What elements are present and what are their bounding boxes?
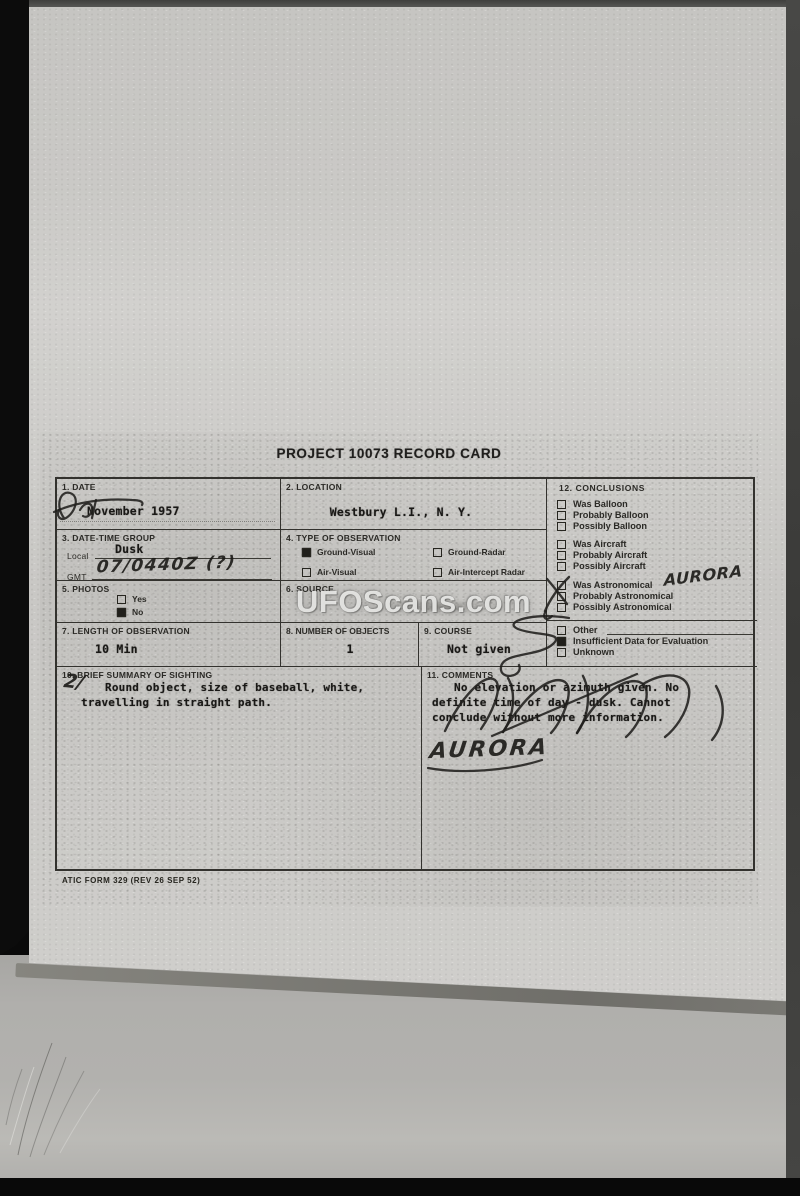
objects-value: 1 xyxy=(281,642,419,656)
conclusion-row: Probably Astronomical xyxy=(557,591,753,601)
form-footer: ATIC FORM 329 (REV 26 SEP 52) xyxy=(62,876,200,885)
watermark: UFOScans.com xyxy=(296,584,531,620)
conclusion-label: Possibly Balloon xyxy=(573,521,647,531)
course-value: Not given xyxy=(419,642,539,656)
conclusion-label: Possibly Aircraft xyxy=(573,561,646,571)
summary-handwritten-mark: 2/ xyxy=(62,670,86,694)
option-label: Ground-Visual xyxy=(317,547,375,557)
comments-label: 11. COMMENTS xyxy=(427,670,493,680)
scan-edge-bottom xyxy=(0,1178,800,1196)
location-cell: 2. LOCATION Westbury L.I., N. Y. xyxy=(281,479,547,530)
comments-line: definite time of day - dusk. Cannot xyxy=(432,696,671,709)
conclusion-label: Was Astronomical xyxy=(573,580,652,590)
checkbox-icon xyxy=(557,540,566,549)
date-time-group-cell: 3. DATE-TIME GROUP Local Dusk GMT 07/044… xyxy=(57,530,281,581)
conclusion-label: Was Aircraft xyxy=(573,539,626,549)
conclusions-divider xyxy=(547,620,757,621)
gmt-blank-line xyxy=(92,579,272,580)
length-of-observation-cell: 7. LENGTH OF OBSERVATION 10 Min xyxy=(57,623,281,667)
conclusion-row: Probably Aircraft xyxy=(557,550,753,560)
comments-handwritten-aurora: AURORA xyxy=(428,735,550,764)
card-title: PROJECT 10073 RECORD CARD xyxy=(55,446,723,461)
scan-edge-top xyxy=(0,0,800,7)
checkbox-icon xyxy=(557,562,566,571)
checkbox-icon xyxy=(302,548,311,557)
option-label: Air-Visual xyxy=(317,567,357,577)
photos-option: Yes xyxy=(117,594,147,604)
date-cell: 1. DATE November 1957 xyxy=(57,479,281,530)
comments-cell: 11. COMMENTS No elevation or azimuth giv… xyxy=(422,667,755,869)
observation-option: Air-Intercept Radar xyxy=(433,567,525,577)
photos-cell: 5. PHOTOS Yes No xyxy=(57,581,281,623)
brief-summary-cell: 10. BRIEF SUMMARY OF SIGHTING 2/ Round o… xyxy=(57,667,422,869)
observation-label: 4. TYPE OF OBSERVATION xyxy=(286,533,401,543)
observation-option: Ground-Visual xyxy=(302,547,375,557)
location-value: Westbury L.I., N. Y. xyxy=(281,505,521,519)
gmt-handwritten-value: 07/0440Z (?) xyxy=(96,553,238,578)
scan-edge-right xyxy=(786,0,800,1180)
comments-line: No elevation or azimuth given. No xyxy=(454,681,679,694)
photos-option: No xyxy=(117,607,143,617)
comments-line: conclude without more information. xyxy=(432,711,664,724)
date-blank-line xyxy=(60,521,275,522)
local-label: Local xyxy=(67,551,89,561)
conclusion-label: Insufficient Data for Evaluation xyxy=(573,636,708,646)
other-blank-line xyxy=(607,626,753,635)
length-value: 10 Min xyxy=(95,642,138,656)
course-cell: 9. COURSE Not given xyxy=(419,623,547,667)
date-label: 1. DATE xyxy=(62,482,96,492)
conclusion-label: Probably Astronomical xyxy=(573,591,673,601)
conclusion-row: Other xyxy=(557,625,753,635)
conclusion-row: Possibly Balloon xyxy=(557,521,753,531)
checkbox-icon xyxy=(557,581,566,590)
scan-edge-left xyxy=(0,0,29,958)
location-label: 2. LOCATION xyxy=(286,482,342,492)
conclusion-row: Was Balloon xyxy=(557,499,753,509)
conclusion-row: Unknown xyxy=(557,647,753,657)
number-of-objects-cell: 8. NUMBER OF OBJECTS 1 xyxy=(281,623,419,667)
conclusion-label: Probably Balloon xyxy=(573,510,649,520)
conclusion-row: Probably Balloon xyxy=(557,510,753,520)
course-label: 9. COURSE xyxy=(424,626,472,636)
checkbox-icon xyxy=(557,626,566,635)
type-of-observation-cell: 4. TYPE OF OBSERVATION Ground-Visual Gro… xyxy=(281,530,547,581)
option-label: No xyxy=(132,607,143,617)
checkbox-icon xyxy=(557,500,566,509)
checkbox-icon xyxy=(433,548,442,557)
photos-label: 5. PHOTOS xyxy=(62,584,109,594)
length-label: 7. LENGTH OF OBSERVATION xyxy=(62,626,190,636)
conclusion-label: Possibly Astronomical xyxy=(573,602,672,612)
summary-line: travelling in straight path. xyxy=(81,696,272,709)
checkbox-icon xyxy=(117,595,126,604)
observation-option: Air-Visual xyxy=(302,567,357,577)
summary-line: Round object, size of baseball, white, xyxy=(105,681,364,694)
checkbox-icon xyxy=(557,592,566,601)
checkbox-icon xyxy=(302,568,311,577)
conclusion-row: Possibly Astronomical xyxy=(557,602,753,612)
checkbox-icon xyxy=(557,522,566,531)
checkbox-icon xyxy=(557,637,566,646)
checkbox-icon xyxy=(557,551,566,560)
date-value: November 1957 xyxy=(87,504,180,518)
conclusions-label: 12. CONCLUSIONS xyxy=(559,483,645,493)
observation-option: Ground-Radar xyxy=(433,547,506,557)
checkbox-icon xyxy=(557,603,566,612)
checkbox-icon xyxy=(117,608,126,617)
conclusion-label: Unknown xyxy=(573,647,614,657)
option-label: Ground-Radar xyxy=(448,547,506,557)
checkbox-icon xyxy=(557,511,566,520)
local-value: Dusk xyxy=(115,542,144,556)
objects-label: 8. NUMBER OF OBJECTS xyxy=(286,626,389,636)
checkbox-icon xyxy=(557,648,566,657)
conclusion-row: Insufficient Data for Evaluation xyxy=(557,636,753,646)
conclusion-label: Was Balloon xyxy=(573,499,628,509)
conclusion-label: Probably Aircraft xyxy=(573,550,647,560)
record-card: 1. DATE November 1957 2. LOCATION Westbu… xyxy=(55,477,755,871)
conclusion-label: Other xyxy=(573,625,598,635)
option-label: Air-Intercept Radar xyxy=(448,567,525,577)
scanned-document-screen: PROJECT 10073 RECORD CARD 1. DATE Novemb… xyxy=(0,0,800,1196)
conclusion-row: Was Aircraft xyxy=(557,539,753,549)
option-label: Yes xyxy=(132,594,147,604)
checkbox-icon xyxy=(433,568,442,577)
scratch-marks xyxy=(0,1005,150,1165)
